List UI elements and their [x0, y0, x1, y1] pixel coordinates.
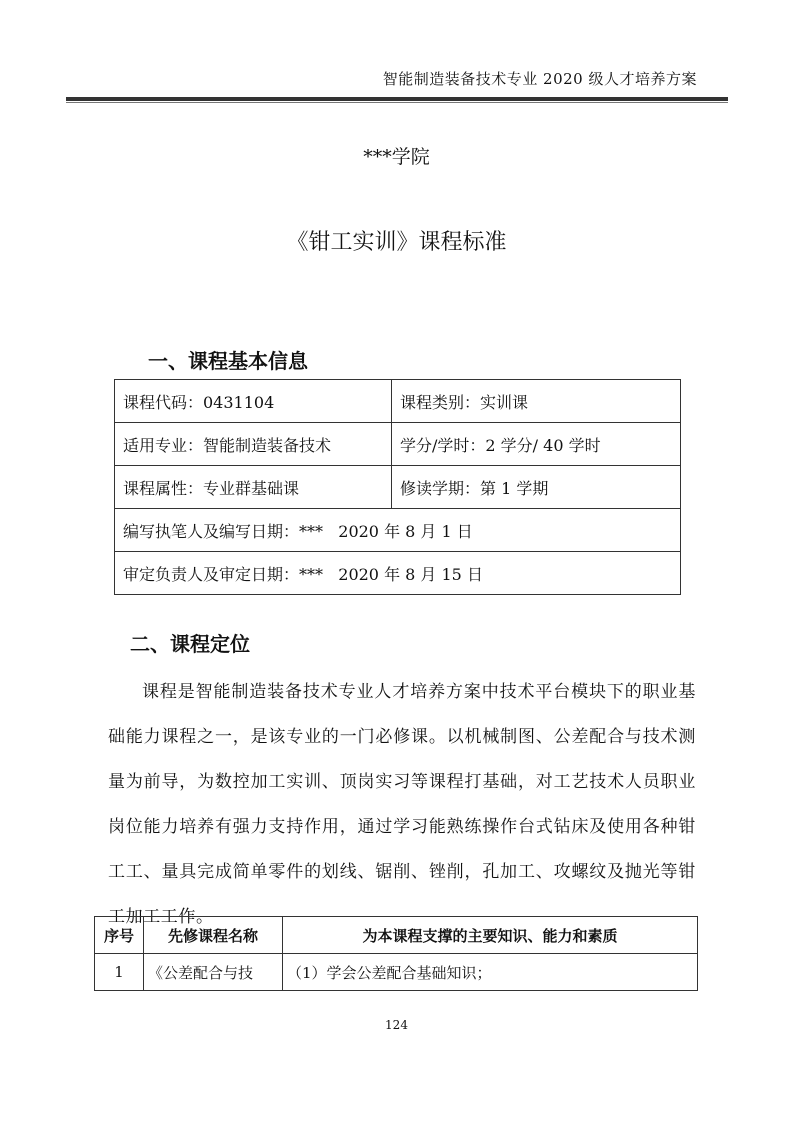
major-cell: 适用专业：智能制造装备技术 — [115, 423, 392, 466]
table-row: 1 《公差配合与技 （1）学会公差配合基础知识； — [95, 954, 698, 991]
credits-cell: 学分/学时：2 学分/ 40 学时 — [392, 423, 681, 466]
header-rule-thin — [66, 102, 728, 103]
page-number: 124 — [0, 1018, 793, 1032]
table-row: 适用专业：智能制造装备技术 学分/学时：2 学分/ 40 学时 — [115, 423, 681, 466]
header-rule — [66, 97, 728, 101]
author-cell: 编写执笔人及编写日期：*** 2020 年 8 月 1 日 — [115, 509, 681, 552]
course-type-cell: 课程类别：实训课 — [392, 380, 681, 423]
table-row: 审定负责人及审定日期：*** 2020 年 8 月 15 日 — [115, 552, 681, 595]
col-header-support: 为本课程支撑的主要知识、能力和素质 — [283, 917, 698, 954]
reviewer-cell: 审定负责人及审定日期：*** 2020 年 8 月 15 日 — [115, 552, 681, 595]
support-cell: （1）学会公差配合基础知识； — [283, 954, 698, 991]
table-row: 编写执笔人及编写日期：*** 2020 年 8 月 1 日 — [115, 509, 681, 552]
section2-heading: 二、课程定位 — [130, 628, 250, 657]
section1-heading: 一、课程基本信息 — [148, 345, 308, 374]
course-info-table: 课程代码：0431104 课程类别：实训课 适用专业：智能制造装备技术 学分/学… — [114, 379, 681, 595]
col-header-course: 先修课程名称 — [144, 917, 283, 954]
course-code-cell: 课程代码：0431104 — [115, 380, 392, 423]
prerequisite-table: 序号 先修课程名称 为本课程支撑的主要知识、能力和素质 1 《公差配合与技 （1… — [94, 916, 698, 991]
school-name: ***学院 — [0, 142, 793, 169]
attribute-cell: 课程属性：专业群基础课 — [115, 466, 392, 509]
course-name-cell: 《公差配合与技 — [144, 954, 283, 991]
table-header-row: 序号 先修课程名称 为本课程支撑的主要知识、能力和素质 — [95, 917, 698, 954]
index-cell: 1 — [95, 954, 144, 991]
course-positioning-paragraph: 课程是智能制造装备技术专业人才培养方案中技术平台模块下的职业基础能力课程之一，是… — [108, 670, 696, 940]
col-header-index: 序号 — [95, 917, 144, 954]
semester-cell: 修读学期：第 1 学期 — [392, 466, 681, 509]
document-title: 《钳工实训》课程标准 — [0, 225, 793, 256]
table-row: 课程代码：0431104 课程类别：实训课 — [115, 380, 681, 423]
running-header: 智能制造装备技术专业 2020 级人才培养方案 — [383, 68, 697, 89]
table-row: 课程属性：专业群基础课 修读学期：第 1 学期 — [115, 466, 681, 509]
